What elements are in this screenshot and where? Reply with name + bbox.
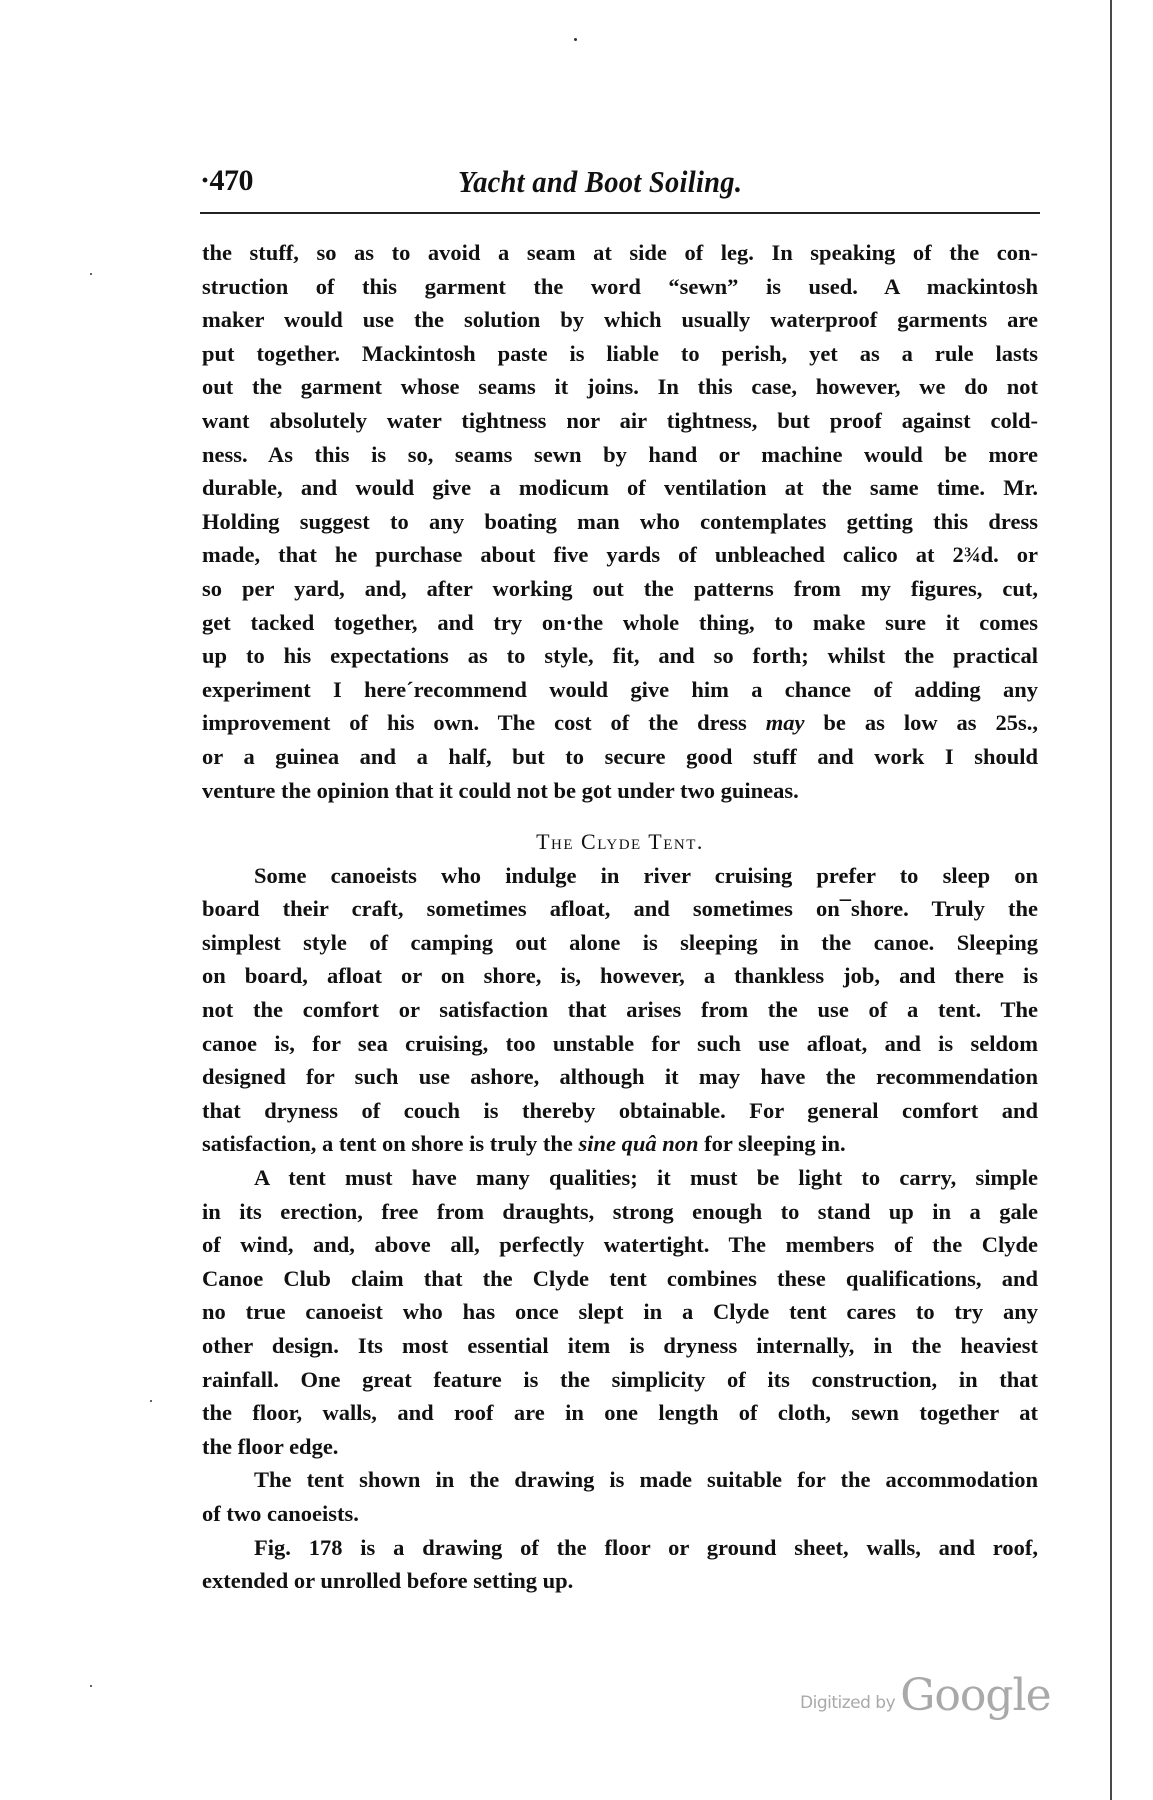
google-logo-text: Google	[900, 1670, 1050, 1721]
text-line: the floor edge.	[202, 1430, 1038, 1464]
text-line: ness. As this is so, seams sewn by hand …	[202, 438, 1038, 472]
text-line: or a guinea and a half, but to secure go…	[202, 740, 1038, 774]
text-line: Fig. 178 is a drawing of the floor or gr…	[202, 1531, 1038, 1565]
text-line: maker would use the solution by which us…	[202, 303, 1038, 337]
paragraph: the stuff, so as to avoid a seam at side…	[202, 236, 1038, 807]
running-title: Yacht and Boot Soiling.	[458, 164, 742, 200]
scan-speck	[574, 38, 577, 41]
text-line: up to his expectations as to style, fit,…	[202, 639, 1038, 673]
text-line: of two canoeists.	[202, 1497, 1038, 1531]
section-heading: The Clyde Tent.	[202, 825, 1038, 859]
text-line: get tacked together, and try on·the whol…	[202, 606, 1038, 640]
page-number: ·470	[200, 164, 253, 198]
text-line: want absolutely water tightness nor air …	[202, 404, 1038, 438]
text-line: of wind, and, above all, perfectly water…	[202, 1228, 1038, 1262]
paragraph: Fig. 178 is a drawing of the floor or gr…	[202, 1531, 1038, 1598]
text-line: venture the opinion that it could not be…	[202, 774, 1038, 808]
scan-speck	[90, 273, 92, 275]
text-line: other design. Its most essential item is…	[202, 1329, 1038, 1363]
text-line: not the comfort or satisfaction that ari…	[202, 993, 1038, 1027]
text-line: board their craft, sometimes afloat, and…	[202, 892, 1038, 926]
running-head: ·470 Yacht and Boot Soiling.	[200, 160, 1040, 204]
text-line: simplest style of camping out alone is s…	[202, 926, 1038, 960]
watermark-small-text: Digitized by	[800, 1693, 895, 1713]
text-line: so per yard, and, after working out the …	[202, 572, 1038, 606]
text-line: made, that he purchase about five yards …	[202, 538, 1038, 572]
text-line: no true canoeist who has once slept in a…	[202, 1295, 1038, 1329]
text-line: improvement of his own. The cost of the …	[202, 706, 1038, 740]
text-line: extended or unrolled before setting up.	[202, 1564, 1038, 1598]
digitized-by-google-watermark: Digitized by Google	[800, 1670, 1051, 1721]
text-line: designed for such use ashore, although i…	[202, 1060, 1038, 1094]
text-line: put together. Mackintosh paste is liable…	[202, 337, 1038, 371]
scan-speck	[150, 1400, 152, 1402]
text-line: out the garment whose seams it joins. In…	[202, 370, 1038, 404]
text-line: rainfall. One great feature is the simpl…	[202, 1363, 1038, 1397]
text-line: Canoe Club claim that the Clyde tent com…	[202, 1262, 1038, 1296]
text-line: Some canoeists who indulge in river crui…	[202, 859, 1038, 893]
text-line: in its erection, free from draughts, str…	[202, 1195, 1038, 1229]
text-line: that dryness of couch is thereby obtaina…	[202, 1094, 1038, 1128]
text-line: Holding suggest to any boating man who c…	[202, 505, 1038, 539]
text-line: satisfaction, a tent on shore is truly t…	[202, 1127, 1038, 1161]
scan-speck	[90, 1685, 92, 1687]
text-line: the floor, walls, and roof are in one le…	[202, 1396, 1038, 1430]
body-text: the stuff, so as to avoid a seam at side…	[202, 236, 1038, 1598]
page-edge-line	[1110, 0, 1112, 1800]
text-line: canoe is, for sea cruising, too unstable…	[202, 1027, 1038, 1061]
text-line: A tent must have many qualities; it must…	[202, 1161, 1038, 1195]
header-rule	[200, 212, 1040, 214]
text-line: experiment I here´recommend would give h…	[202, 673, 1038, 707]
paragraph: Some canoeists who indulge in river crui…	[202, 859, 1038, 1161]
text-line: durable, and would give a modicum of ven…	[202, 471, 1038, 505]
text-line: on board, afloat or on shore, is, howeve…	[202, 959, 1038, 993]
text-line: The tent shown in the drawing is made su…	[202, 1463, 1038, 1497]
paragraph: The tent shown in the drawing is made su…	[202, 1463, 1038, 1530]
paragraph: A tent must have many qualities; it must…	[202, 1161, 1038, 1463]
text-line: the stuff, so as to avoid a seam at side…	[202, 236, 1038, 270]
text-line: struction of this garment the word “sewn…	[202, 270, 1038, 304]
